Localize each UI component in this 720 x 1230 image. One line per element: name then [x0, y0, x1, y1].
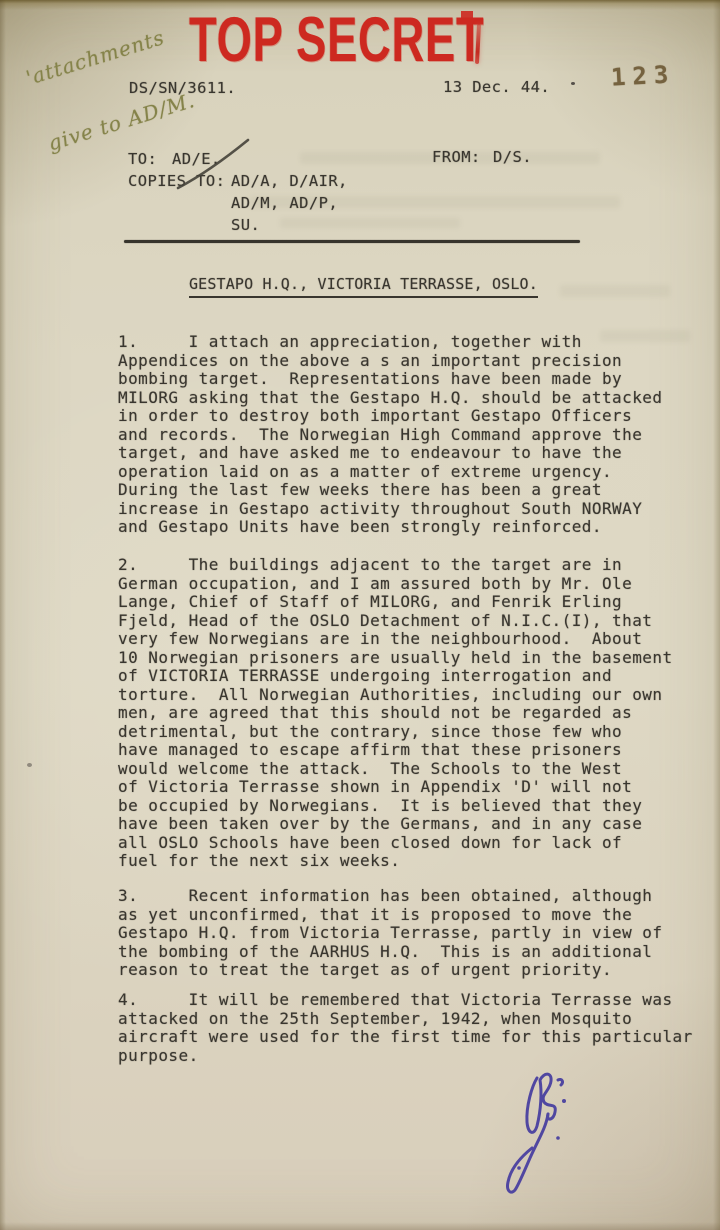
paragraph-3: 3. Recent information has been obtained,…	[118, 887, 662, 980]
bleedthrough-smudge	[280, 218, 460, 228]
paragraph-1: 1. I attach an appreciation, together wi…	[118, 333, 662, 537]
red-ink-mark	[461, 11, 473, 19]
document-date: 13 Dec. 44.	[443, 78, 550, 96]
document-page: TOP SECRET 'attachments give to AD/M. 12…	[0, 0, 720, 1230]
strikethrough-mark	[140, 133, 280, 197]
page-number-stamp: 123	[610, 60, 676, 91]
bleedthrough-smudge	[560, 285, 670, 297]
paragraph-4: 4. It will be remembered that Victoria T…	[118, 991, 693, 1065]
paragraph-2: 2. The buildings adjacent to the target …	[118, 556, 673, 871]
top-secret-stamp: TOP SECRET	[189, 10, 484, 70]
reference-number: DS/SN/3611.	[129, 79, 236, 97]
ink-speck	[27, 763, 32, 767]
signature-scrawl	[488, 1064, 598, 1204]
copies-line-3: SU.	[231, 216, 260, 234]
paper-edge-right	[713, 0, 720, 1230]
paper-edge-left	[0, 0, 6, 1230]
paper-edge-bottom	[0, 1222, 720, 1230]
from-label: FROM:	[432, 148, 481, 166]
document-title: GESTAPO H.Q., VICTORIA TERRASSE, OSLO.	[189, 275, 538, 298]
divider-rule	[124, 240, 580, 243]
ink-speck	[571, 82, 575, 85]
from-value: D/S.	[493, 148, 532, 166]
